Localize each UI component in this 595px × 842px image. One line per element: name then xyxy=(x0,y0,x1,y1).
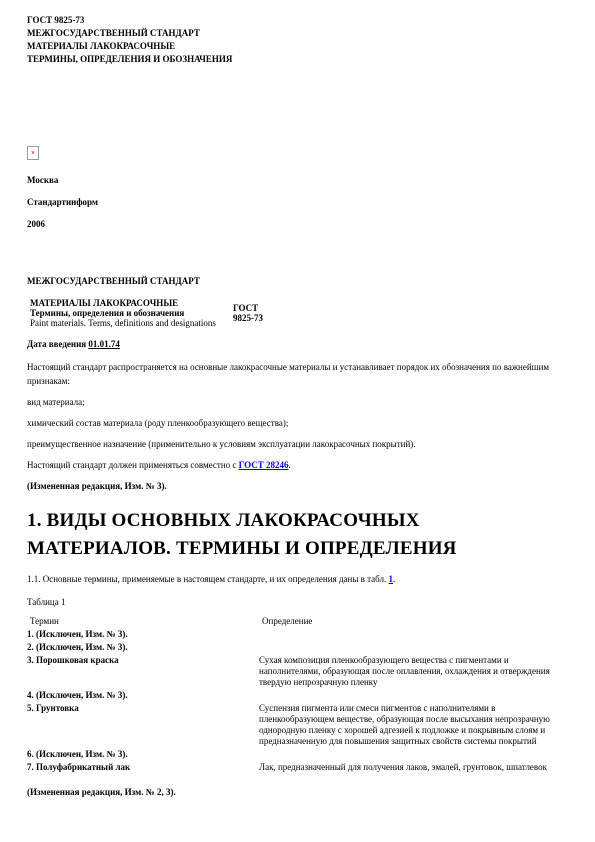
term-cell: 5. Грунтовка xyxy=(27,703,259,749)
definition-cell: Суспензия пигмента или смеси пигментов с… xyxy=(259,703,562,749)
term-cell: 7. Полуфабрикатный лак xyxy=(27,762,259,775)
title-block: МАТЕРИАЛЫ ЛАКОКРАСОЧНЫЕ Термины, определ… xyxy=(30,298,568,328)
title-block-left: МАТЕРИАЛЫ ЛАКОКРАСОЧНЫЕ Термины, определ… xyxy=(30,298,230,328)
imprint-year: 2006 xyxy=(27,218,568,231)
doc-code-line2: 9825-73 xyxy=(233,313,263,323)
definition-cell xyxy=(259,642,562,655)
doc-title-line2: ТЕРМИНЫ, ОПРЕДЕЛЕНИЯ И ОБОЗНАЧЕНИЯ xyxy=(27,53,568,66)
term-cell: 3. Порошковая краска xyxy=(27,655,259,690)
table-header-row: Термин Определение xyxy=(27,616,562,629)
date-line: Дата введения 01.01.74 xyxy=(27,338,568,351)
gost-28246-link[interactable]: ГОСТ 28246 xyxy=(239,460,289,470)
table-row: 5. Грунтовка Суспензия пигмента или смес… xyxy=(27,703,562,749)
standard-type-top: МЕЖГОСУДАРСТВЕННЫЙ СТАНДАРТ xyxy=(27,27,568,40)
section-heading: 1. ВИДЫ ОСНОВНЫХ ЛАКОКРАСОЧНЫХ МАТЕРИАЛО… xyxy=(27,507,497,563)
amendment-note-2: (Измененная редакция, Изм. № 2, 3). xyxy=(27,786,568,799)
definition-cell: Лак, предназначенный для получения лаков… xyxy=(259,762,562,775)
apply-paragraph: Настоящий стандарт должен применяться со… xyxy=(27,459,568,472)
definition-cell xyxy=(259,629,562,642)
imprint-publisher: Стандартинформ xyxy=(27,196,568,209)
table-row: 3. Порошковая краска Сухая композиция пл… xyxy=(27,655,562,690)
list-item-composition: химический состав материала (роду пленко… xyxy=(27,417,568,430)
title-en: Paint materials. Terms, definitions and … xyxy=(30,318,230,328)
definition-cell xyxy=(259,690,562,703)
definition-column-header: Определение xyxy=(259,616,562,629)
term-cell: 6. (Исключен, Изм. № 3). xyxy=(27,749,259,762)
table-caption: Таблица 1 xyxy=(27,596,568,609)
table-row: 6. (Исключен, Изм. № 3). xyxy=(27,749,562,762)
amendment-note-1: (Измененная редакция, Изм. № 3). xyxy=(27,480,568,493)
doc-number: ГОСТ 9825-73 xyxy=(27,14,568,27)
clause-prefix: 1.1. Основные термины, применяемые в нас… xyxy=(27,574,389,584)
term-cell: 1. (Исключен, Изм. № 3). xyxy=(27,629,259,642)
terms-table: Термин Определение 1. (Исключен, Изм. № … xyxy=(27,616,562,775)
document-page: ГОСТ 9825-73 МЕЖГОСУДАРСТВЕННЫЙ СТАНДАРТ… xyxy=(0,0,595,799)
imprint-block: × Москва Стандартинформ 2006 xyxy=(27,66,568,231)
title-ru: МАТЕРИАЛЫ ЛАКОКРАСОЧНЫЕ xyxy=(30,298,230,308)
date-label: Дата введения xyxy=(27,339,88,349)
definition-cell: Сухая композиция пленкообразующего вещес… xyxy=(259,655,562,690)
term-cell: 4. (Исключен, Изм. № 3). xyxy=(27,690,259,703)
doc-code-line1: ГОСТ xyxy=(233,303,263,313)
table-row: 7. Полуфабрикатный лак Лак, предназначен… xyxy=(27,762,562,775)
apply-prefix: Настоящий стандарт должен применяться со… xyxy=(27,460,239,470)
broken-image-icon: × xyxy=(27,146,39,160)
doc-title-line1: МАТЕРИАЛЫ ЛАКОКРАСОЧНЫЕ xyxy=(27,40,568,53)
top-header: ГОСТ 9825-73 МЕЖГОСУДАРСТВЕННЫЙ СТАНДАРТ… xyxy=(27,14,568,66)
date-link[interactable]: 01.01.74 xyxy=(88,339,120,349)
list-item-kind: вид материала; xyxy=(27,396,568,409)
doc-code: ГОСТ 9825-73 xyxy=(233,303,263,323)
apply-suffix: . xyxy=(289,460,291,470)
clause-suffix: . xyxy=(393,574,395,584)
definition-cell xyxy=(259,749,562,762)
clause-1-1: 1.1. Основные термины, применяемые в нас… xyxy=(27,573,568,586)
imprint-city: Москва xyxy=(27,174,568,187)
scope-paragraph: Настоящий стандарт распространяется на о… xyxy=(27,360,568,388)
table-row: 4. (Исключен, Изм. № 3). xyxy=(27,690,562,703)
subtitle-ru: Термины, определения и обозначения xyxy=(30,308,230,318)
table-row: 2. (Исключен, Изм. № 3). xyxy=(27,642,562,655)
term-column-header: Термин xyxy=(27,616,259,629)
term-cell: 2. (Исключен, Изм. № 3). xyxy=(27,642,259,655)
list-item-purpose: преимущественное назначение (применитель… xyxy=(27,438,568,451)
standard-type-heading: МЕЖГОСУДАРСТВЕННЫЙ СТАНДАРТ xyxy=(27,275,568,288)
table-row: 1. (Исключен, Изм. № 3). xyxy=(27,629,562,642)
